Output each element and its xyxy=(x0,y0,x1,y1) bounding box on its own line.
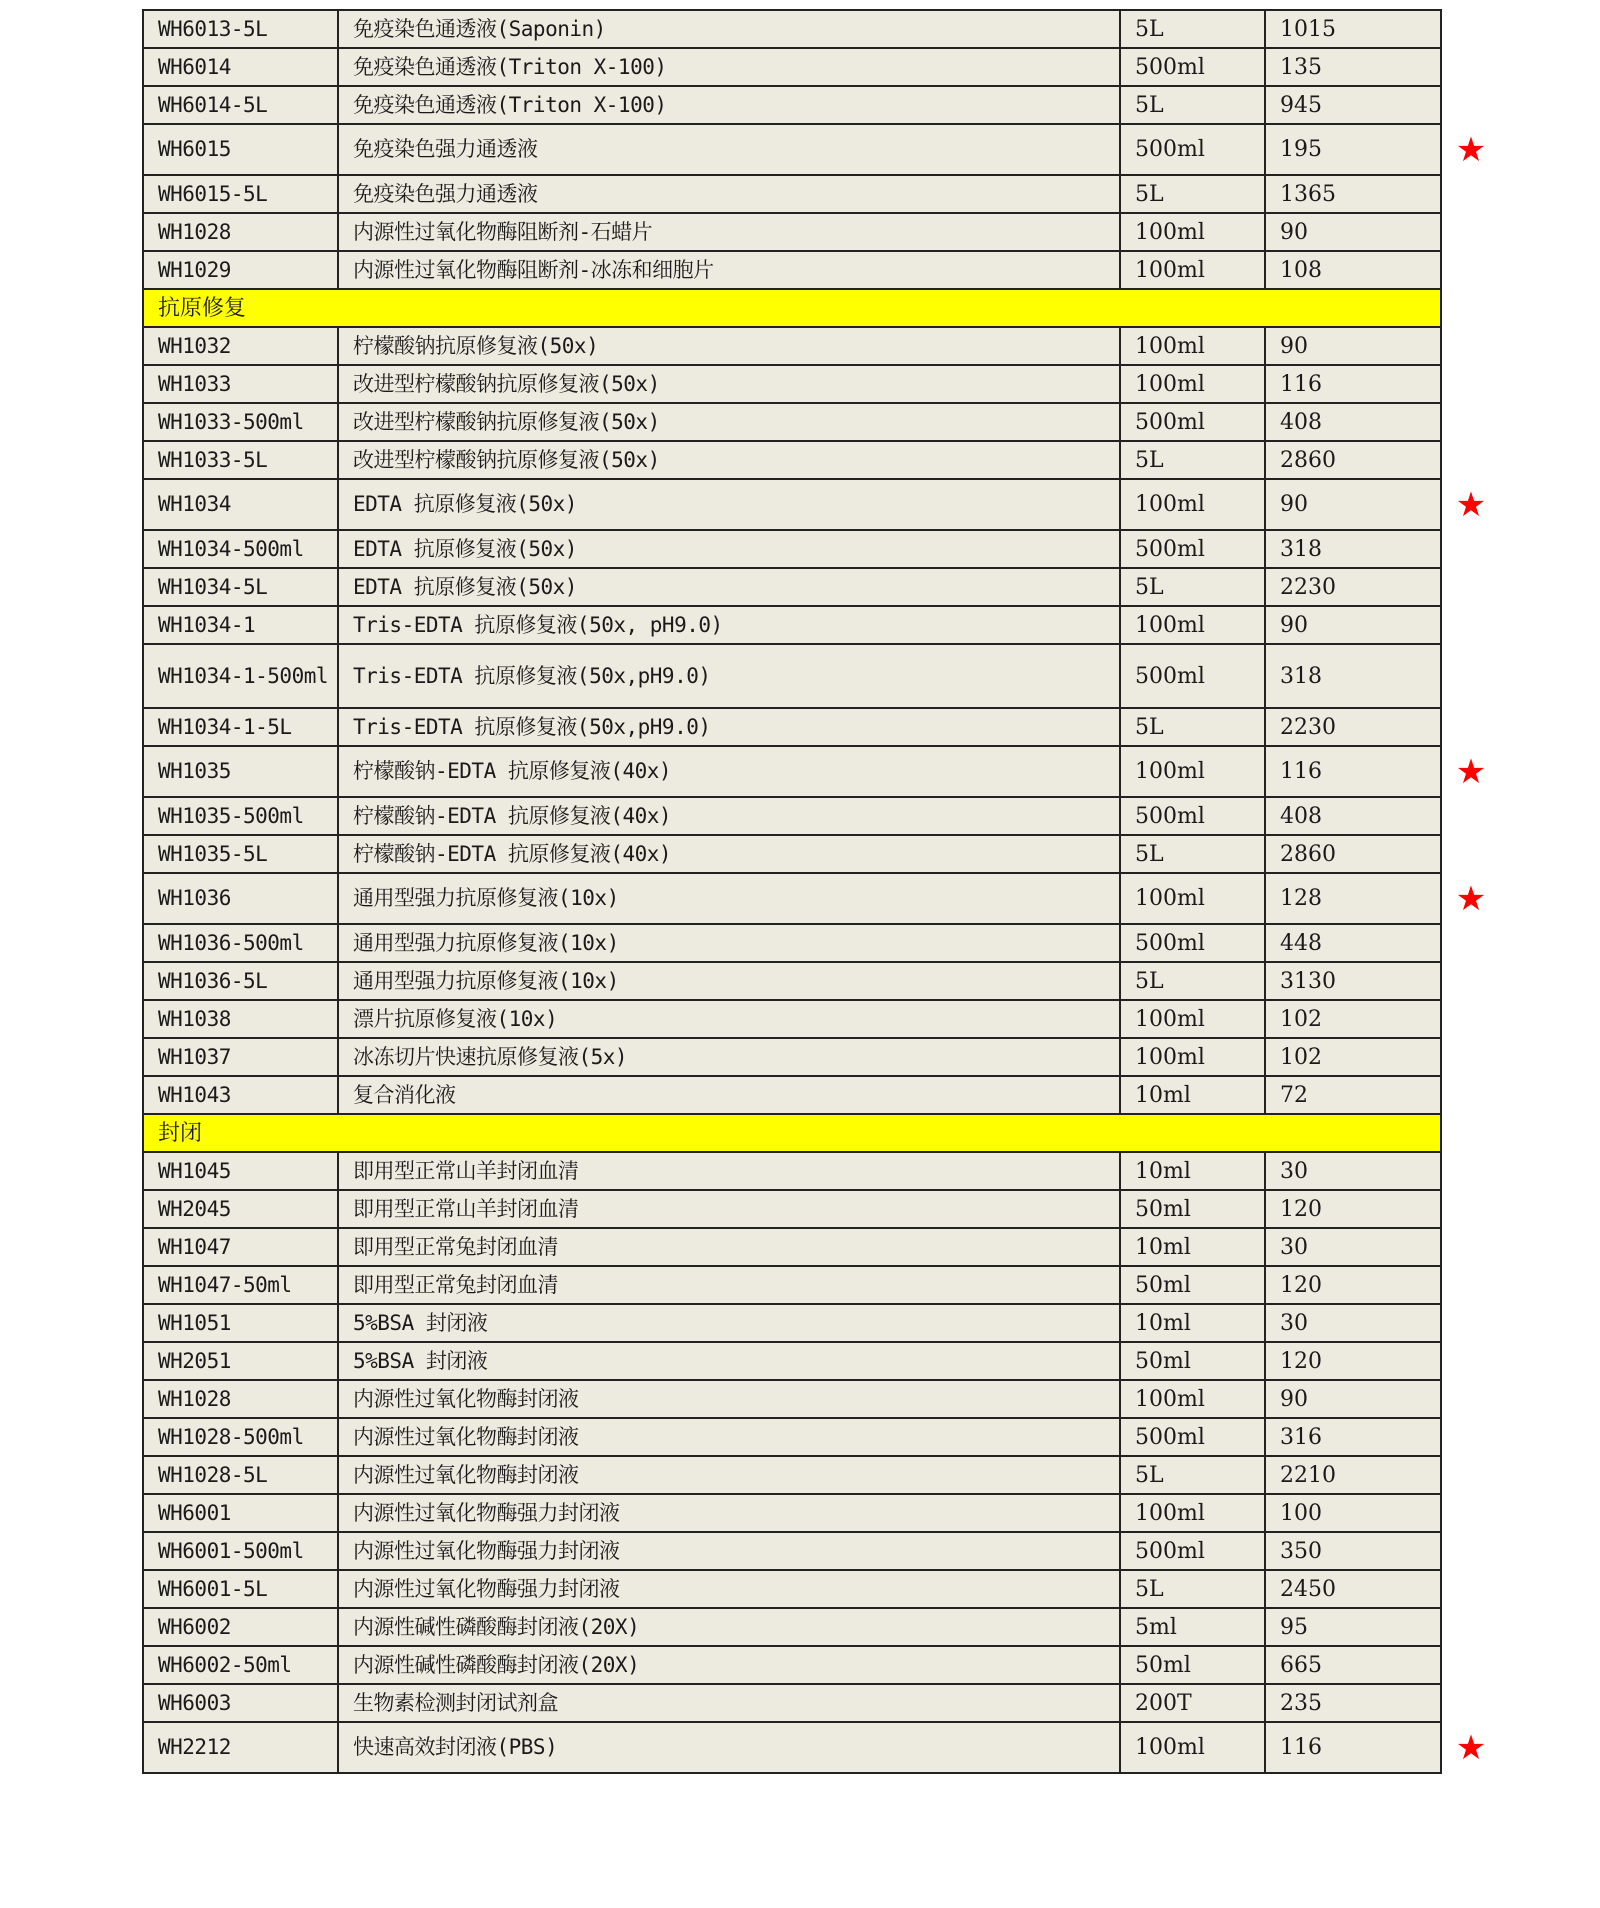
price-cell: 128 xyxy=(1265,873,1441,924)
package-size-cell: 200T xyxy=(1120,1684,1265,1722)
price-cell: 95 xyxy=(1265,1608,1441,1646)
package-size-cell: 5ml xyxy=(1120,1608,1265,1646)
product-name-cell: 内源性过氧化物酶强力封闭液 xyxy=(338,1570,1120,1608)
product-name-cell: 内源性过氧化物酶阻断剂-石蜡片 xyxy=(338,213,1120,251)
product-code-cell: WH1032 xyxy=(143,327,338,365)
price-cell: 665 xyxy=(1265,1646,1441,1684)
package-size-cell: 5L xyxy=(1120,962,1265,1000)
product-name-cell: Tris-EDTA 抗原修复液(50x, pH9.0) xyxy=(338,606,1120,644)
package-size-cell: 100ml xyxy=(1120,327,1265,365)
product-name-cell: 即用型正常兔封闭血清 xyxy=(338,1266,1120,1304)
product-code-cell: WH1033 xyxy=(143,365,338,403)
product-code-cell: WH1034 xyxy=(143,479,338,530)
product-code-cell: WH1035-5L xyxy=(143,835,338,873)
table-row: WH1035柠檬酸钠-EDTA 抗原修复液(40x)100ml116 xyxy=(143,746,1441,797)
table-row: WH1034-500mlEDTA 抗原修复液(50x)500ml318 xyxy=(143,530,1441,568)
table-row: WH6015免疫染色强力通透液500ml195 xyxy=(143,124,1441,175)
product-name-cell: 即用型正常兔封闭血清 xyxy=(338,1228,1120,1266)
product-code-cell: WH1034-1-500ml xyxy=(143,644,338,708)
price-cell: 318 xyxy=(1265,644,1441,708)
package-size-cell: 50ml xyxy=(1120,1190,1265,1228)
product-code-cell: WH1034-500ml xyxy=(143,530,338,568)
table-row: WH1034-5LEDTA 抗原修复液(50x)5L2230 xyxy=(143,568,1441,606)
product-price-table: WH6013-5L免疫染色通透液(Saponin)5L1015WH6014免疫染… xyxy=(142,9,1442,1774)
package-size-cell: 500ml xyxy=(1120,924,1265,962)
package-size-cell: 5L xyxy=(1120,1456,1265,1494)
section-title: 抗原修复 xyxy=(143,289,1441,327)
product-name-cell: 改进型柠檬酸钠抗原修复液(50x) xyxy=(338,365,1120,403)
price-cell: 195 xyxy=(1265,124,1441,175)
product-name-cell: 内源性碱性磷酸酶封闭液(20X) xyxy=(338,1608,1120,1646)
table-body: WH6013-5L免疫染色通透液(Saponin)5L1015WH6014免疫染… xyxy=(143,10,1441,1773)
price-cell: 120 xyxy=(1265,1342,1441,1380)
section-title: 封闭 xyxy=(143,1114,1441,1152)
table-row: WH1035-5L柠檬酸钠-EDTA 抗原修复液(40x)5L2860 xyxy=(143,835,1441,873)
product-code-cell: WH6015 xyxy=(143,124,338,175)
table-row: WH1032柠檬酸钠抗原修复液(50x)100ml90 xyxy=(143,327,1441,365)
product-code-cell: WH1028-500ml xyxy=(143,1418,338,1456)
package-size-cell: 100ml xyxy=(1120,1494,1265,1532)
product-name-cell: 即用型正常山羊封闭血清 xyxy=(338,1152,1120,1190)
price-cell: 1365 xyxy=(1265,175,1441,213)
table-row: WH1043复合消化液10ml72 xyxy=(143,1076,1441,1114)
price-cell: 2230 xyxy=(1265,708,1441,746)
product-name-cell: 改进型柠檬酸钠抗原修复液(50x) xyxy=(338,403,1120,441)
price-cell: 116 xyxy=(1265,1722,1441,1773)
product-name-cell: 快速高效封闭液(PBS) xyxy=(338,1722,1120,1773)
product-code-cell: WH1037 xyxy=(143,1038,338,1076)
product-code-cell: WH1051 xyxy=(143,1304,338,1342)
product-name-cell: 内源性过氧化物酶强力封闭液 xyxy=(338,1494,1120,1532)
product-code-cell: WH6015-5L xyxy=(143,175,338,213)
product-code-cell: WH1036-500ml xyxy=(143,924,338,962)
package-size-cell: 5L xyxy=(1120,708,1265,746)
price-cell: 1015 xyxy=(1265,10,1441,48)
table-row: WH1035-500ml柠檬酸钠-EDTA 抗原修复液(40x)500ml408 xyxy=(143,797,1441,835)
product-code-cell: WH1028 xyxy=(143,1380,338,1418)
table-row: WH1033改进型柠檬酸钠抗原修复液(50x)100ml116 xyxy=(143,365,1441,403)
product-name-cell: 内源性过氧化物酶封闭液 xyxy=(338,1380,1120,1418)
price-cell: 350 xyxy=(1265,1532,1441,1570)
package-size-cell: 50ml xyxy=(1120,1646,1265,1684)
table-row: WH6003生物素检测封闭试剂盒200T235 xyxy=(143,1684,1441,1722)
package-size-cell: 500ml xyxy=(1120,1418,1265,1456)
package-size-cell: 10ml xyxy=(1120,1304,1265,1342)
price-cell: 448 xyxy=(1265,924,1441,962)
product-code-cell: WH6001-5L xyxy=(143,1570,338,1608)
product-code-cell: WH2051 xyxy=(143,1342,338,1380)
product-name-cell: 柠檬酸钠抗原修复液(50x) xyxy=(338,327,1120,365)
product-name-cell: 内源性过氧化物酶强力封闭液 xyxy=(338,1532,1120,1570)
product-code-cell: WH6002 xyxy=(143,1608,338,1646)
price-cell: 408 xyxy=(1265,403,1441,441)
table-row: WH1047-50ml即用型正常兔封闭血清50ml120 xyxy=(143,1266,1441,1304)
product-name-cell: 通用型强力抗原修复液(10x) xyxy=(338,962,1120,1000)
price-cell: 90 xyxy=(1265,327,1441,365)
package-size-cell: 100ml xyxy=(1120,1380,1265,1418)
table-row: WH6013-5L免疫染色通透液(Saponin)5L1015 xyxy=(143,10,1441,48)
product-name-cell: 通用型强力抗原修复液(10x) xyxy=(338,873,1120,924)
product-code-cell: WH1045 xyxy=(143,1152,338,1190)
package-size-cell: 5L xyxy=(1120,568,1265,606)
star-icon: ★ xyxy=(1455,883,1487,915)
table-row: WH1038漂片抗原修复液(10x)100ml102 xyxy=(143,1000,1441,1038)
package-size-cell: 100ml xyxy=(1120,365,1265,403)
product-code-cell: WH1034-1-5L xyxy=(143,708,338,746)
product-name-cell: 内源性碱性磷酸酶封闭液(20X) xyxy=(338,1646,1120,1684)
package-size-cell: 500ml xyxy=(1120,797,1265,835)
price-cell: 90 xyxy=(1265,1380,1441,1418)
product-name-cell: 生物素检测封闭试剂盒 xyxy=(338,1684,1120,1722)
price-cell: 316 xyxy=(1265,1418,1441,1456)
package-size-cell: 500ml xyxy=(1120,403,1265,441)
product-name-cell: 免疫染色通透液(Triton X-100) xyxy=(338,48,1120,86)
product-code-cell: WH2045 xyxy=(143,1190,338,1228)
package-size-cell: 100ml xyxy=(1120,746,1265,797)
product-code-cell: WH1038 xyxy=(143,1000,338,1038)
package-size-cell: 100ml xyxy=(1120,873,1265,924)
product-name-cell: 免疫染色强力通透液 xyxy=(338,124,1120,175)
table-row: WH10515%BSA 封闭液10ml30 xyxy=(143,1304,1441,1342)
product-name-cell: 内源性过氧化物酶封闭液 xyxy=(338,1456,1120,1494)
product-code-cell: WH6014 xyxy=(143,48,338,86)
product-code-cell: WH1033-500ml xyxy=(143,403,338,441)
price-table-container: WH6013-5L免疫染色通透液(Saponin)5L1015WH6014免疫染… xyxy=(142,9,1440,1774)
product-code-cell: WH1034-1 xyxy=(143,606,338,644)
table-row: WH1037冰冻切片快速抗原修复液(5x)100ml102 xyxy=(143,1038,1441,1076)
product-name-cell: 改进型柠檬酸钠抗原修复液(50x) xyxy=(338,441,1120,479)
price-cell: 90 xyxy=(1265,606,1441,644)
product-code-cell: WH1028 xyxy=(143,213,338,251)
table-row: WH1034-1-500mlTris-EDTA 抗原修复液(50x,pH9.0)… xyxy=(143,644,1441,708)
product-code-cell: WH1035 xyxy=(143,746,338,797)
package-size-cell: 5L xyxy=(1120,175,1265,213)
product-name-cell: 通用型强力抗原修复液(10x) xyxy=(338,924,1120,962)
package-size-cell: 100ml xyxy=(1120,1038,1265,1076)
package-size-cell: 500ml xyxy=(1120,530,1265,568)
price-cell: 2210 xyxy=(1265,1456,1441,1494)
price-cell: 90 xyxy=(1265,213,1441,251)
price-cell: 102 xyxy=(1265,1038,1441,1076)
price-cell: 945 xyxy=(1265,86,1441,124)
package-size-cell: 500ml xyxy=(1120,644,1265,708)
product-code-cell: WH6002-50ml xyxy=(143,1646,338,1684)
table-row: WH20515%BSA 封闭液50ml120 xyxy=(143,1342,1441,1380)
product-code-cell: WH6001 xyxy=(143,1494,338,1532)
product-name-cell: Tris-EDTA 抗原修复液(50x,pH9.0) xyxy=(338,644,1120,708)
package-size-cell: 5L xyxy=(1120,10,1265,48)
product-code-cell: WH6003 xyxy=(143,1684,338,1722)
price-cell: 2450 xyxy=(1265,1570,1441,1608)
table-row: WH2045即用型正常山羊封闭血清50ml120 xyxy=(143,1190,1441,1228)
price-cell: 120 xyxy=(1265,1190,1441,1228)
table-row: WH1047即用型正常兔封闭血清10ml30 xyxy=(143,1228,1441,1266)
product-name-cell: 柠檬酸钠-EDTA 抗原修复液(40x) xyxy=(338,797,1120,835)
table-row: WH6014免疫染色通透液(Triton X-100)500ml135 xyxy=(143,48,1441,86)
product-code-cell: WH6001-500ml xyxy=(143,1532,338,1570)
table-row: WH1036-5L通用型强力抗原修复液(10x)5L3130 xyxy=(143,962,1441,1000)
price-cell: 408 xyxy=(1265,797,1441,835)
package-size-cell: 5L xyxy=(1120,86,1265,124)
product-code-cell: WH6014-5L xyxy=(143,86,338,124)
table-row: WH1034-1-5LTris-EDTA 抗原修复液(50x,pH9.0)5L2… xyxy=(143,708,1441,746)
price-cell: 72 xyxy=(1265,1076,1441,1114)
package-size-cell: 100ml xyxy=(1120,606,1265,644)
product-name-cell: 冰冻切片快速抗原修复液(5x) xyxy=(338,1038,1120,1076)
table-row: WH1028内源性过氧化物酶封闭液100ml90 xyxy=(143,1380,1441,1418)
price-cell: 116 xyxy=(1265,365,1441,403)
product-code-cell: WH1035-500ml xyxy=(143,797,338,835)
product-name-cell: 免疫染色强力通透液 xyxy=(338,175,1120,213)
product-name-cell: 5%BSA 封闭液 xyxy=(338,1342,1120,1380)
price-cell: 235 xyxy=(1265,1684,1441,1722)
price-cell: 120 xyxy=(1265,1266,1441,1304)
table-row: WH1036通用型强力抗原修复液(10x)100ml128 xyxy=(143,873,1441,924)
product-name-cell: EDTA 抗原修复液(50x) xyxy=(338,530,1120,568)
package-size-cell: 500ml xyxy=(1120,124,1265,175)
price-cell: 102 xyxy=(1265,1000,1441,1038)
package-size-cell: 5L xyxy=(1120,1570,1265,1608)
table-row: WH1045即用型正常山羊封闭血清10ml30 xyxy=(143,1152,1441,1190)
product-name-cell: 免疫染色通透液(Triton X-100) xyxy=(338,86,1120,124)
package-size-cell: 50ml xyxy=(1120,1342,1265,1380)
product-name-cell: 柠檬酸钠-EDTA 抗原修复液(40x) xyxy=(338,746,1120,797)
star-icon: ★ xyxy=(1455,489,1487,521)
product-name-cell: EDTA 抗原修复液(50x) xyxy=(338,479,1120,530)
price-cell: 2860 xyxy=(1265,835,1441,873)
price-cell: 100 xyxy=(1265,1494,1441,1532)
package-size-cell: 500ml xyxy=(1120,48,1265,86)
table-row: WH6015-5L免疫染色强力通透液5L1365 xyxy=(143,175,1441,213)
price-cell: 2230 xyxy=(1265,568,1441,606)
table-row: WH1028-5L内源性过氧化物酶封闭液5L2210 xyxy=(143,1456,1441,1494)
product-name-cell: Tris-EDTA 抗原修复液(50x,pH9.0) xyxy=(338,708,1120,746)
star-icon: ★ xyxy=(1455,1732,1487,1764)
product-code-cell: WH1033-5L xyxy=(143,441,338,479)
price-cell: 318 xyxy=(1265,530,1441,568)
table-row: WH1036-500ml通用型强力抗原修复液(10x)500ml448 xyxy=(143,924,1441,962)
table-row: WH1034EDTA 抗原修复液(50x)100ml90 xyxy=(143,479,1441,530)
section-header-row: 抗原修复 xyxy=(143,289,1441,327)
product-code-cell: WH2212 xyxy=(143,1722,338,1773)
package-size-cell: 50ml xyxy=(1120,1266,1265,1304)
price-cell: 2860 xyxy=(1265,441,1441,479)
table-row: WH1034-1Tris-EDTA 抗原修复液(50x, pH9.0)100ml… xyxy=(143,606,1441,644)
product-name-cell: 内源性过氧化物酶阻断剂-冰冻和细胞片 xyxy=(338,251,1120,289)
table-row: WH6002-50ml内源性碱性磷酸酶封闭液(20X)50ml665 xyxy=(143,1646,1441,1684)
package-size-cell: 100ml xyxy=(1120,479,1265,530)
product-code-cell: WH1047-50ml xyxy=(143,1266,338,1304)
star-icon: ★ xyxy=(1455,134,1487,166)
package-size-cell: 10ml xyxy=(1120,1076,1265,1114)
table-row: WH1033-500ml改进型柠檬酸钠抗原修复液(50x)500ml408 xyxy=(143,403,1441,441)
price-cell: 116 xyxy=(1265,746,1441,797)
table-row: WH1028-500ml内源性过氧化物酶封闭液500ml316 xyxy=(143,1418,1441,1456)
package-size-cell: 100ml xyxy=(1120,1000,1265,1038)
product-code-cell: WH1043 xyxy=(143,1076,338,1114)
table-row: WH6001-500ml内源性过氧化物酶强力封闭液500ml350 xyxy=(143,1532,1441,1570)
product-name-cell: 内源性过氧化物酶封闭液 xyxy=(338,1418,1120,1456)
table-row: WH1029内源性过氧化物酶阻断剂-冰冻和细胞片100ml108 xyxy=(143,251,1441,289)
product-code-cell: WH1029 xyxy=(143,251,338,289)
package-size-cell: 5L xyxy=(1120,835,1265,873)
product-name-cell: 即用型正常山羊封闭血清 xyxy=(338,1190,1120,1228)
product-code-cell: WH1028-5L xyxy=(143,1456,338,1494)
price-cell: 30 xyxy=(1265,1228,1441,1266)
table-row: WH6001内源性过氧化物酶强力封闭液100ml100 xyxy=(143,1494,1441,1532)
package-size-cell: 10ml xyxy=(1120,1228,1265,1266)
package-size-cell: 5L xyxy=(1120,441,1265,479)
star-icon: ★ xyxy=(1455,756,1487,788)
product-name-cell: 免疫染色通透液(Saponin) xyxy=(338,10,1120,48)
product-name-cell: 柠檬酸钠-EDTA 抗原修复液(40x) xyxy=(338,835,1120,873)
package-size-cell: 100ml xyxy=(1120,1722,1265,1773)
price-cell: 135 xyxy=(1265,48,1441,86)
table-row: WH1028内源性过氧化物酶阻断剂-石蜡片100ml90 xyxy=(143,213,1441,251)
price-cell: 30 xyxy=(1265,1304,1441,1342)
table-row: WH6001-5L内源性过氧化物酶强力封闭液5L2450 xyxy=(143,1570,1441,1608)
price-cell: 3130 xyxy=(1265,962,1441,1000)
product-code-cell: WH1047 xyxy=(143,1228,338,1266)
table-row: WH6002内源性碱性磷酸酶封闭液(20X)5ml95 xyxy=(143,1608,1441,1646)
product-code-cell: WH1036-5L xyxy=(143,962,338,1000)
table-row: WH1033-5L改进型柠檬酸钠抗原修复液(50x)5L2860 xyxy=(143,441,1441,479)
product-code-cell: WH6013-5L xyxy=(143,10,338,48)
package-size-cell: 500ml xyxy=(1120,1532,1265,1570)
product-code-cell: WH1034-5L xyxy=(143,568,338,606)
package-size-cell: 100ml xyxy=(1120,213,1265,251)
table-row: WH6014-5L免疫染色通透液(Triton X-100)5L945 xyxy=(143,86,1441,124)
product-code-cell: WH1036 xyxy=(143,873,338,924)
product-name-cell: 复合消化液 xyxy=(338,1076,1120,1114)
package-size-cell: 10ml xyxy=(1120,1152,1265,1190)
price-cell: 108 xyxy=(1265,251,1441,289)
product-name-cell: EDTA 抗原修复液(50x) xyxy=(338,568,1120,606)
package-size-cell: 100ml xyxy=(1120,251,1265,289)
table-row: WH2212快速高效封闭液(PBS)100ml116 xyxy=(143,1722,1441,1773)
product-name-cell: 漂片抗原修复液(10x) xyxy=(338,1000,1120,1038)
price-cell: 90 xyxy=(1265,479,1441,530)
section-header-row: 封闭 xyxy=(143,1114,1441,1152)
product-name-cell: 5%BSA 封闭液 xyxy=(338,1304,1120,1342)
price-cell: 30 xyxy=(1265,1152,1441,1190)
